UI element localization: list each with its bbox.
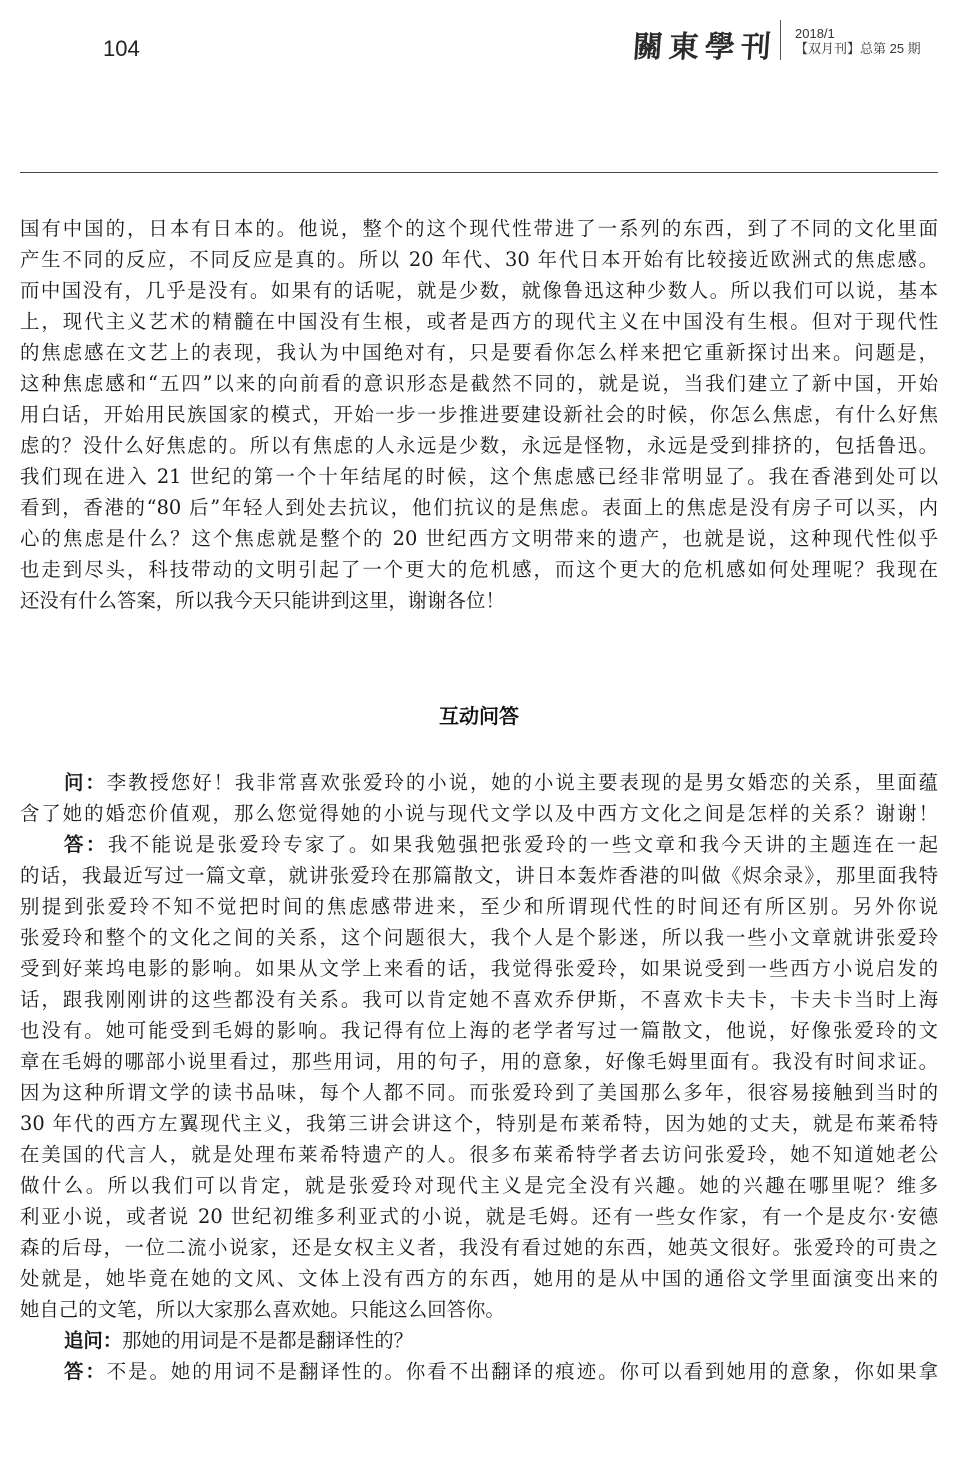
text-line: 上，现代主义艺术的精髓在中国没有生根，或者是西方的现代主义在中国没有生根。但对于… [20,306,938,337]
text-line: 这种焦虑感和“五四”以来的向前看的意识形态是截然不同的，就是说，当我们建立了新中… [20,368,938,399]
page-number: 104 [103,36,140,62]
qa-section: 问：李教授您好！我非常喜欢张爱玲的小说，她的小说主要表现的是男女婚恋的关系，里面… [20,767,938,1387]
text-line: 做什么。所以我们可以肯定，就是张爱玲对现代主义是完全没有兴趣。她的兴趣在哪里呢？… [20,1170,938,1201]
question-1: 问：李教授您好！我非常喜欢张爱玲的小说，她的小说主要表现的是男女婚恋的关系，里面… [20,767,938,829]
text-line: 产生不同的反应，不同反应是真的。所以 20 年代、30 年代日本开始有比较接近欧… [20,244,938,275]
text-line: 含了她的婚恋价值观，那么您觉得她的小说与现代文学以及中西方文化之间是怎样的关系？… [20,798,938,829]
text-line: 张爱玲和整个的文化之间的关系，这个问题很大，我个人是个影迷，所以我一些小文章就讲… [20,922,938,953]
speaker-label: 答： [64,833,108,856]
question-2: 追问：那她的用词是不是都是翻译性的？ [20,1325,938,1356]
text-line: 答：我不能说是张爱玲专家了。如果我勉强把张爱玲的一些文章和我今天讲的主题连在一起 [20,829,938,860]
answer-1: 答：我不能说是张爱玲专家了。如果我勉强把张爱玲的一些文章和我今天讲的主题连在一起… [20,829,938,1325]
text-line: 利亚小说，或者说 20 世纪初维多利亚式的小说，就是毛姆。还有一些女作家，有一个… [20,1201,938,1232]
speaker-label: 答： [64,1360,107,1383]
text-line: 我们现在进入 21 世纪的第一个十年结尾的时候，这个焦虑感已经非常明显了。我在香… [20,461,938,492]
text-line: 问：李教授您好！我非常喜欢张爱玲的小说，她的小说主要表现的是男女婚恋的关系，里面… [20,767,938,798]
text-line: 国有中国的，日本有日本的。他说，整个的这个现代性带进了一系列的东西，到了不同的文… [20,213,938,244]
header-rule [20,172,938,173]
text-line: 的焦虑感在文艺上的表现，我认为中国绝对有，只是要看你怎么样来把它重新探讨出来。问… [20,337,938,368]
body-paragraph: 国有中国的，日本有日本的。他说，整个的这个现代性带进了一系列的东西，到了不同的文… [20,213,938,616]
text-line: 用白话，开始用民族国家的模式，开始一步一步推进要建设新社会的时候，你怎么焦虑，有… [20,399,938,430]
text-line: 还没有什么答案，所以我今天只能讲到这里，谢谢各位！ [20,585,938,616]
header-divider [780,20,781,60]
journal-logo: 關東學刊 [631,22,778,66]
text-line: 心的焦虑是什么？这个焦虑就是整个的 20 世纪西方文明带来的遗产，也就是说，这种… [20,523,938,554]
text-line: 也走到尽头，科技带动的文明引起了一个更大的危机感，而这个更大的危机感如何处理呢？… [20,554,938,585]
text-line: 看到，香港的“80 后”年轻人到处去抗议，他们抗议的是焦虑。表面上的焦虑是没有房… [20,492,938,523]
text-line: 答：不是。她的用词不是翻译性的。你看不出翻译的痕迹。你可以看到她用的意象，你如果… [20,1356,938,1387]
text-line: 受到好莱坞电影的影响。如果从文学上来看的话，我觉得张爱玲，如果说受到一些西方小说… [20,953,938,984]
issue-date: 2018/1 [795,26,921,41]
text-line: 追问：那她的用词是不是都是翻译性的？ [20,1325,938,1356]
speaker-label: 问： [64,771,107,794]
text-line: 的话，我最近写过一篇文章，就讲张爱玲在那篇散文，讲日本轰炸香港的叫做《烬余录》，… [20,860,938,891]
answer-2: 答：不是。她的用词不是翻译性的。你看不出翻译的痕迹。你可以看到她用的意象，你如果… [20,1356,938,1387]
speaker-label: 追问： [64,1329,122,1352]
issue-number: 【双月刊】总第 25 期 [795,41,921,56]
text-line: 她自己的文笔，所以大家那么喜欢她。只能这么回答你。 [20,1294,938,1325]
text-line: 30 年代的西方左翼现代主义，我第三讲会讲这个，特别是布莱希特，因为她的丈夫，就… [20,1108,938,1139]
text-line: 话，跟我刚刚讲的这些都没有关系。我可以肯定她不喜欢乔伊斯，不喜欢卡夫卡，卡夫卡当… [20,984,938,1015]
section-title: 互动问答 [0,700,958,729]
text-line: 章在毛姆的哪部小说里看过，那些用词，用的句子，用的意象，好像毛姆里面有。我没有时… [20,1046,938,1077]
text-line: 而中国没有，几乎是没有。如果有的话呢，就是少数，就像鲁迅这种少数人。所以我们可以… [20,275,938,306]
issue-info: 2018/1 【双月刊】总第 25 期 [795,26,921,56]
text-line: 别提到张爱玲不知不觉把时间的焦虑感带进来，至少和所谓现代性的时间还有所区别。另外… [20,891,938,922]
text-line: 也没有。她可能受到毛姆的影响。我记得有位上海的老学者写过一篇散文，他说，好像张爱… [20,1015,938,1046]
text-line: 虑的？没什么好焦虑的。所以有焦虑的人永远是少数，永远是怪物，永远是受到排挤的，包… [20,430,938,461]
text-line: 处就是，她毕竟在她的文风、文体上没有西方的东西，她用的是从中国的通俗文学里面演变… [20,1263,938,1294]
text-line: 森的后母，一位二流小说家，还是女权主义者，我没有看过她的东西，她英文很好。张爱玲… [20,1232,938,1263]
text-line: 在美国的代言人，就是处理布莱希特遗产的人。很多布莱希特学者去访问张爱玲，她不知道… [20,1139,938,1170]
text-line: 因为这种所谓文学的读书品味，每个人都不同。而张爱玲到了美国那么多年，很容易接触到… [20,1077,938,1108]
